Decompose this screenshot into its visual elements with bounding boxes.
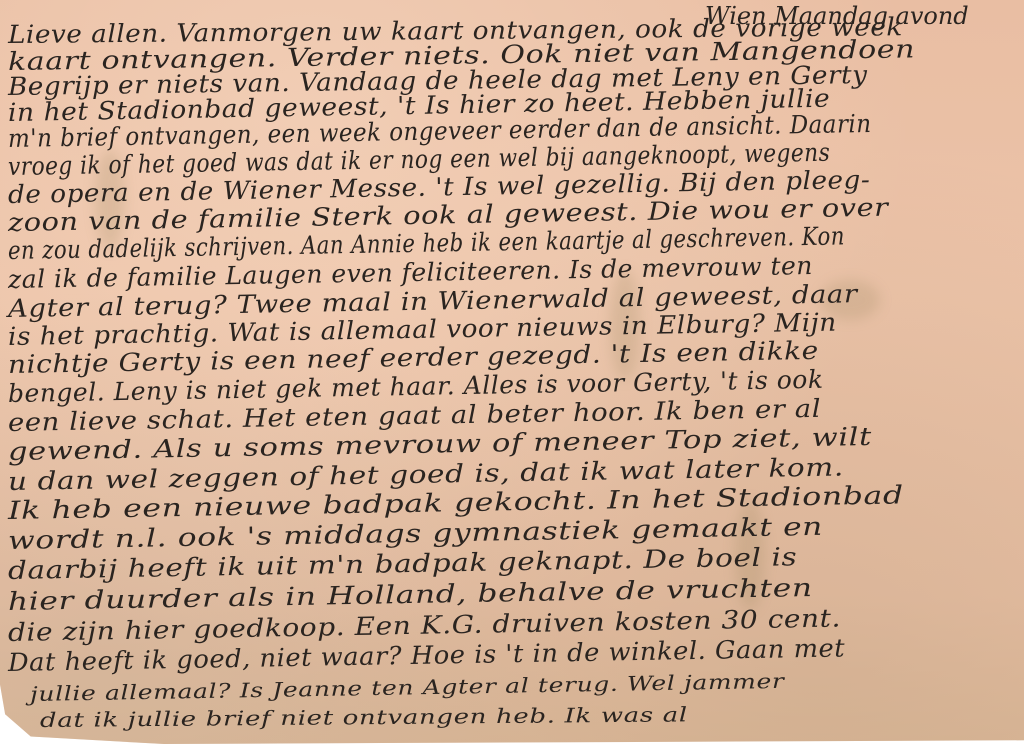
- postcard: Wien Maandag avond Lieve allen. Vanmorge…: [0, 0, 1024, 744]
- text-line-25: dat ik jullie brief niet ontvangen heb. …: [40, 702, 688, 732]
